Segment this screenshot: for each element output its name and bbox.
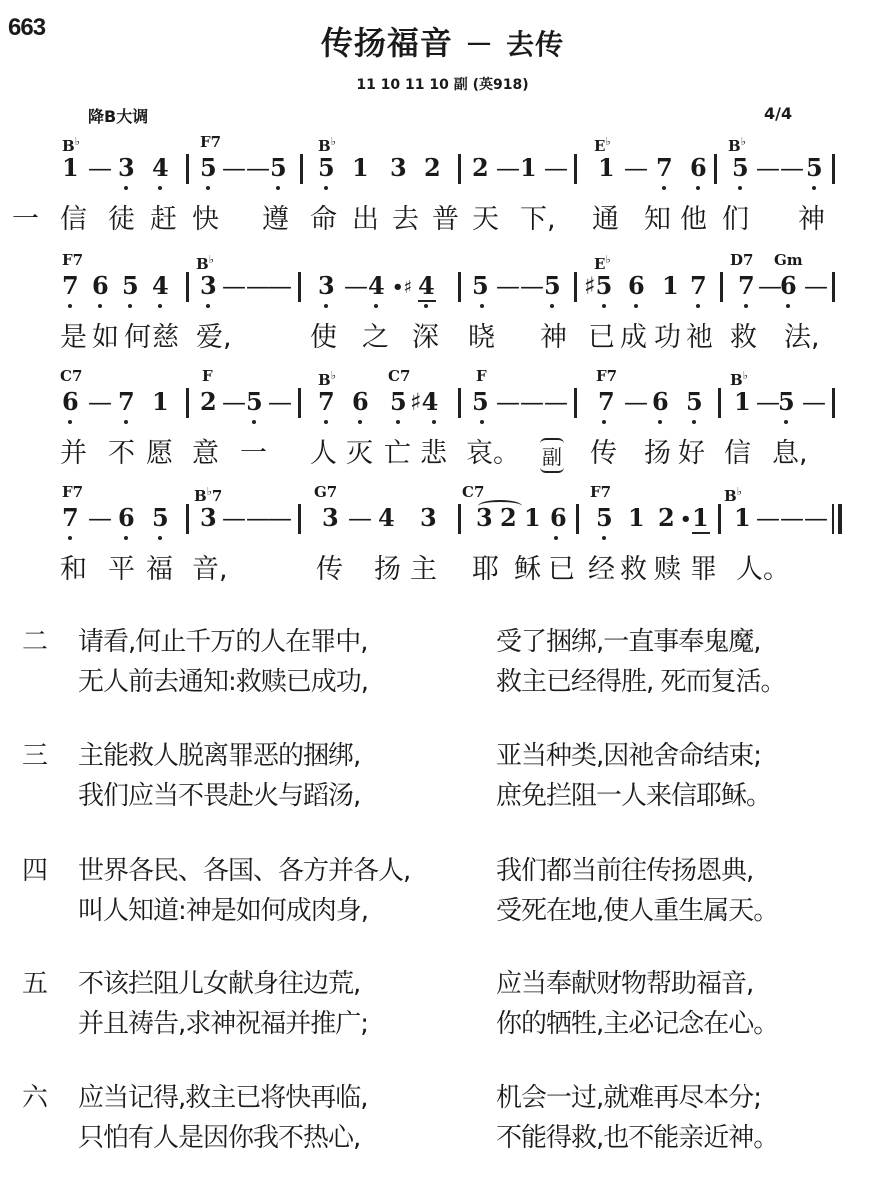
lyric-syllable: 他 bbox=[680, 204, 707, 236]
octave-dot bbox=[786, 304, 790, 308]
octave-dot bbox=[128, 304, 132, 308]
verse-line: 应当奉献财物帮助福音, bbox=[496, 968, 753, 1000]
octave-dot bbox=[784, 420, 788, 424]
lyric-syllable: 去 bbox=[392, 204, 419, 236]
score-system: C7FB♭C7FF7B♭6—712—5—765♯45———7—651—5—并不愿… bbox=[0, 368, 885, 483]
chord-symbol: C7 bbox=[462, 484, 484, 500]
chord-symbol: E♭ bbox=[594, 252, 611, 272]
chord-symbol: F bbox=[476, 368, 487, 384]
barline bbox=[298, 504, 301, 534]
note: — bbox=[520, 388, 544, 416]
lyric-syllable: 救 bbox=[730, 322, 757, 354]
chord-symbol: F7 bbox=[590, 484, 611, 500]
barline bbox=[574, 388, 577, 418]
barline bbox=[186, 388, 189, 418]
note: 3 bbox=[390, 154, 407, 182]
barline bbox=[720, 272, 723, 302]
lyric-syllable: 哀。 bbox=[466, 438, 520, 470]
chord-symbol: C7 bbox=[388, 368, 410, 384]
eighth-underline bbox=[692, 532, 710, 534]
note: 4 bbox=[418, 272, 435, 300]
lyric-syllable: 深 bbox=[412, 322, 439, 354]
note: — bbox=[496, 154, 520, 182]
note: — bbox=[758, 272, 782, 300]
verse-number: 四 bbox=[22, 855, 48, 887]
note: 5 bbox=[152, 504, 169, 532]
barline bbox=[298, 388, 301, 418]
title-subtitle: 去传 bbox=[506, 28, 564, 61]
lyric-syllable: 罪 bbox=[690, 554, 717, 586]
lyric-syllable: 经 bbox=[588, 554, 615, 586]
verse-line: 受了捆绑,一直事奉鬼魔, bbox=[496, 626, 761, 658]
barline bbox=[458, 388, 461, 418]
score-system: F7B♭7G7C7F7B♭7—653———3—433216512•11———和平… bbox=[0, 484, 885, 599]
barline bbox=[718, 504, 721, 534]
verse-line: 不该拦阻儿女献身往边荒, bbox=[78, 968, 360, 1000]
lyric-syllable: 稣 bbox=[514, 554, 541, 586]
octave-dot bbox=[206, 186, 210, 190]
lyric-syllable: 不 bbox=[108, 438, 135, 470]
barline bbox=[832, 154, 835, 184]
eighth-underline bbox=[418, 300, 436, 302]
barline bbox=[458, 504, 461, 534]
octave-dot bbox=[744, 304, 748, 308]
note: — bbox=[88, 504, 112, 532]
lyric-syllable: 赶 bbox=[150, 204, 177, 236]
lyric-syllable: 息, bbox=[772, 438, 808, 470]
note: 2 bbox=[200, 388, 217, 416]
note: 5 bbox=[318, 154, 335, 182]
lyric-syllable: 天 bbox=[472, 204, 499, 236]
note: — bbox=[246, 272, 270, 300]
barline bbox=[298, 272, 301, 302]
octave-dot bbox=[158, 186, 162, 190]
note: — bbox=[624, 388, 648, 416]
note: 5 bbox=[472, 272, 489, 300]
note: — bbox=[802, 388, 826, 416]
octave-dot bbox=[276, 186, 280, 190]
note: ♯5 bbox=[584, 272, 612, 300]
note: 1 bbox=[628, 504, 645, 532]
lyric-syllable: 主 bbox=[410, 554, 437, 586]
verse-line: 我们都当前往传扬恩典, bbox=[496, 855, 753, 887]
note: 6 bbox=[652, 388, 669, 416]
octave-dot bbox=[124, 420, 128, 424]
lyric-syllable: 信 bbox=[60, 204, 87, 236]
lyric-syllable: 扬 bbox=[374, 554, 401, 586]
verse-line: 世界各民、各国、各方并各人, bbox=[78, 855, 410, 887]
lyric-syllable: 如 bbox=[92, 322, 119, 354]
note: — bbox=[246, 504, 270, 532]
note: 1 bbox=[152, 388, 169, 416]
lyric-syllable: 传 bbox=[590, 438, 617, 470]
note: 5 bbox=[122, 272, 139, 300]
note: — bbox=[344, 272, 368, 300]
lyric-syllable: 音, bbox=[192, 554, 228, 586]
octave-dot bbox=[432, 420, 436, 424]
barline bbox=[832, 388, 835, 418]
note: — bbox=[756, 388, 780, 416]
lyric-syllable: 并 bbox=[60, 438, 87, 470]
chord-symbol: G7 bbox=[314, 484, 337, 500]
score-system: B♭F7B♭E♭B♭1—345——551322—1—1—765——5一信徒赶快遵… bbox=[0, 134, 885, 249]
lyric-syllable: 遵 bbox=[262, 204, 289, 236]
chord-symbol: B♭ bbox=[730, 368, 748, 388]
verse-line: 庶免拦阻一人来信耶稣。 bbox=[496, 780, 771, 812]
octave-dot bbox=[696, 186, 700, 190]
lyric-syllable: 法, bbox=[784, 322, 820, 354]
note: 5 bbox=[270, 154, 287, 182]
octave-dot bbox=[252, 420, 256, 424]
barline bbox=[300, 154, 303, 184]
octave-dot bbox=[554, 536, 558, 540]
octave-dot bbox=[480, 420, 484, 424]
chord-symbol: C7 bbox=[60, 368, 82, 384]
note: 7 bbox=[656, 154, 673, 182]
verse-line: 应当记得,救主已将快再临, bbox=[78, 1082, 368, 1114]
note: — bbox=[88, 388, 112, 416]
lyric-syllable: 慈 bbox=[152, 322, 179, 354]
verse-line: 不能得救,也不能亲近神。 bbox=[496, 1122, 778, 1154]
lyric-syllable: 人 bbox=[310, 438, 337, 470]
lyric-syllable: 亡 bbox=[384, 438, 411, 470]
note: 3 bbox=[200, 272, 217, 300]
note: 3 bbox=[420, 504, 437, 532]
lyric-syllable: 已 bbox=[588, 322, 615, 354]
note: 5 bbox=[686, 388, 703, 416]
barline bbox=[832, 272, 835, 302]
chord-symbol: F7 bbox=[62, 484, 83, 500]
note: 5 bbox=[596, 504, 613, 532]
final-barline-thin bbox=[832, 504, 834, 534]
note: •♯ bbox=[392, 274, 412, 302]
octave-dot bbox=[602, 304, 606, 308]
verse-line: 救主已经得胜, 死而复活。 bbox=[496, 666, 786, 698]
note: — bbox=[222, 154, 246, 182]
lyric-syllable: 好 bbox=[678, 438, 705, 470]
note: — bbox=[268, 272, 292, 300]
note: 7 bbox=[598, 388, 615, 416]
octave-dot bbox=[692, 420, 696, 424]
note: — bbox=[544, 154, 568, 182]
note: — bbox=[496, 272, 520, 300]
note: 1 bbox=[662, 272, 679, 300]
chord-symbol: B♭ bbox=[62, 134, 80, 154]
note: 1 bbox=[734, 388, 751, 416]
chord-symbol: B♭7 bbox=[194, 484, 222, 504]
lyric-syllable: 救 bbox=[620, 554, 647, 586]
note: 1 bbox=[62, 154, 79, 182]
note: 2 bbox=[424, 154, 441, 182]
lyric-syllable: 和 bbox=[60, 554, 87, 586]
note: — bbox=[348, 504, 372, 532]
refrain-marker: 副 bbox=[540, 438, 564, 473]
note: 5 bbox=[472, 388, 489, 416]
note: 4 bbox=[152, 272, 169, 300]
verse-line: 主能救人脱离罪恶的捆绑, bbox=[78, 740, 360, 772]
octave-dot bbox=[158, 536, 162, 540]
note: 3 bbox=[118, 154, 135, 182]
lyric-syllable: 是 bbox=[60, 322, 87, 354]
note: 5 bbox=[390, 388, 407, 416]
lyric-syllable: 平 bbox=[108, 554, 135, 586]
lyric-syllable: 传 bbox=[316, 554, 343, 586]
octave-dot bbox=[206, 304, 210, 308]
note: 5 bbox=[778, 388, 795, 416]
lyric-syllable: 福 bbox=[146, 554, 173, 586]
note: 5 bbox=[806, 154, 823, 182]
note: 5 bbox=[246, 388, 263, 416]
note: 7 bbox=[738, 272, 755, 300]
verse-line: 叫人知道:神是如何成肉身, bbox=[78, 895, 368, 927]
lyric-syllable: 通 bbox=[592, 204, 619, 236]
note: 5 bbox=[544, 272, 561, 300]
lyric-syllable: 意 bbox=[192, 438, 219, 470]
note: 1 bbox=[598, 154, 615, 182]
note: 3 bbox=[318, 272, 335, 300]
octave-dot bbox=[158, 304, 162, 308]
time-signature: 4/4 bbox=[764, 104, 792, 123]
lyric-syllable: 知 bbox=[644, 204, 671, 236]
lyric-syllable: 快 bbox=[192, 204, 219, 236]
chord-symbol: E♭ bbox=[594, 134, 611, 154]
verse-line: 受死在地,使人重生属天。 bbox=[496, 895, 778, 927]
note: 2 bbox=[472, 154, 489, 182]
verse-line: 请看,何止千万的人在罪中, bbox=[78, 626, 368, 658]
verse-number: 五 bbox=[22, 968, 48, 1000]
note: — bbox=[268, 504, 292, 532]
lyric-syllable: 爱, bbox=[196, 322, 232, 354]
meter-line: 11 10 11 10 副 (英918) bbox=[0, 74, 885, 94]
lyric-syllable: 命 bbox=[310, 204, 337, 236]
note: — bbox=[222, 272, 246, 300]
lyric-syllable: 使 bbox=[310, 322, 337, 354]
octave-dot bbox=[98, 304, 102, 308]
note: 6 bbox=[550, 504, 567, 532]
chord-symbol: F7 bbox=[596, 368, 617, 384]
note: 7 bbox=[62, 504, 79, 532]
lyric-syllable: 何 bbox=[124, 322, 151, 354]
chord-symbol: D7 bbox=[730, 252, 753, 268]
lyric-syllable: 神 bbox=[540, 322, 567, 354]
octave-dot bbox=[324, 186, 328, 190]
verse-number: 三 bbox=[22, 740, 48, 772]
note: — bbox=[88, 154, 112, 182]
lyric-syllable: 成 bbox=[620, 322, 647, 354]
octave-dot bbox=[124, 186, 128, 190]
barline bbox=[574, 154, 577, 184]
note: 6 bbox=[352, 388, 369, 416]
verse-line: 机会一过,就难再尽本分; bbox=[496, 1082, 761, 1114]
note: — bbox=[756, 154, 780, 182]
key-signature: 降B大调 bbox=[88, 104, 148, 127]
final-barline-thick bbox=[838, 504, 842, 534]
verse-line: 只怕有人是因你我不热心, bbox=[78, 1122, 360, 1154]
octave-dot bbox=[68, 420, 72, 424]
lyric-syllable: 之 bbox=[362, 322, 389, 354]
lyric-syllable: 晓 bbox=[468, 322, 495, 354]
note: 6 bbox=[118, 504, 135, 532]
note: 1 bbox=[520, 154, 537, 182]
chord-symbol: B♭ bbox=[318, 368, 336, 388]
note: 4 bbox=[378, 504, 395, 532]
lyric-syllable: 普 bbox=[432, 204, 459, 236]
chord-symbol: F bbox=[202, 368, 213, 384]
note: — bbox=[756, 504, 780, 532]
barline bbox=[718, 388, 721, 418]
note: — bbox=[804, 272, 828, 300]
note: 2 bbox=[658, 504, 675, 532]
note: — bbox=[496, 388, 520, 416]
octave-dot bbox=[324, 420, 328, 424]
note: 6 bbox=[92, 272, 109, 300]
score-system: F7B♭E♭D7Gm76543———3—4•♯45——5♯56177—6—是如何… bbox=[0, 252, 885, 367]
verse-line: 亚当种类,因祂舍命结束; bbox=[496, 740, 761, 772]
octave-dot bbox=[696, 304, 700, 308]
octave-dot bbox=[374, 304, 378, 308]
tie-arc bbox=[478, 500, 522, 512]
note: 6 bbox=[780, 272, 797, 300]
title-dash: － bbox=[465, 28, 494, 61]
lyric-syllable: 功 bbox=[654, 322, 681, 354]
lyric-syllable: 祂 bbox=[686, 322, 713, 354]
chord-symbol: Gm bbox=[774, 252, 803, 268]
note: 7 bbox=[318, 388, 335, 416]
note: 1 bbox=[352, 154, 369, 182]
note: 6 bbox=[62, 388, 79, 416]
barline bbox=[458, 272, 461, 302]
octave-dot bbox=[658, 420, 662, 424]
octave-dot bbox=[812, 186, 816, 190]
octave-dot bbox=[396, 420, 400, 424]
note: — bbox=[624, 154, 648, 182]
octave-dot bbox=[602, 420, 606, 424]
chord-symbol: F7 bbox=[200, 134, 221, 150]
octave-dot bbox=[124, 536, 128, 540]
note: 7 bbox=[62, 272, 79, 300]
note: 7 bbox=[690, 272, 707, 300]
lyric-syllable: 扬 bbox=[644, 438, 671, 470]
note: 3 bbox=[322, 504, 339, 532]
lyric-syllable: 耶 bbox=[472, 554, 499, 586]
note: — bbox=[268, 388, 292, 416]
lyric-syllable: 神 bbox=[798, 204, 825, 236]
lyric-syllable: 们 bbox=[722, 204, 749, 236]
lyric-syllable: 徒 bbox=[108, 204, 135, 236]
barline bbox=[186, 154, 189, 184]
octave-dot bbox=[424, 304, 428, 308]
note: — bbox=[780, 154, 804, 182]
octave-dot bbox=[602, 536, 606, 540]
note: 7 bbox=[118, 388, 135, 416]
barline bbox=[458, 154, 461, 184]
note: 1 bbox=[692, 504, 709, 532]
note: 5 bbox=[200, 154, 217, 182]
note: 3 bbox=[200, 504, 217, 532]
note: — bbox=[804, 504, 828, 532]
chord-symbol: B♭ bbox=[318, 134, 336, 154]
note: 1 bbox=[524, 504, 541, 532]
barline bbox=[714, 154, 717, 184]
note: — bbox=[780, 504, 804, 532]
barline bbox=[186, 272, 189, 302]
lyric-syllable: 愿 bbox=[146, 438, 173, 470]
note: • bbox=[680, 506, 692, 534]
barline bbox=[576, 504, 579, 534]
verse-line: 无人前去通知:救赎已成功, bbox=[78, 666, 368, 698]
note: — bbox=[544, 388, 568, 416]
title-main: 传扬福音 bbox=[321, 24, 453, 62]
octave-dot bbox=[324, 304, 328, 308]
note: 4 bbox=[152, 154, 169, 182]
lyric-syllable: 已 bbox=[548, 554, 575, 586]
note: — bbox=[222, 504, 246, 532]
page-title: 传扬福音 － 去传 bbox=[0, 18, 885, 64]
barline bbox=[574, 272, 577, 302]
octave-dot bbox=[68, 304, 72, 308]
lyric-syllable: 灭 bbox=[346, 438, 373, 470]
verse-line: 你的牺牲,主必记念在心。 bbox=[496, 1008, 778, 1040]
lyric-syllable: 悲 bbox=[420, 438, 447, 470]
lyric-syllable: 信 bbox=[724, 438, 751, 470]
chord-symbol: F7 bbox=[62, 252, 83, 268]
octave-dot bbox=[358, 420, 362, 424]
note: — bbox=[246, 154, 270, 182]
chord-symbol: B♭ bbox=[724, 484, 742, 504]
lyric-syllable: 出 bbox=[352, 204, 379, 236]
octave-dot bbox=[634, 304, 638, 308]
note: — bbox=[520, 272, 544, 300]
octave-dot bbox=[68, 536, 72, 540]
note: 6 bbox=[690, 154, 707, 182]
note: 1 bbox=[734, 504, 751, 532]
barline bbox=[186, 504, 189, 534]
chord-symbol: B♭ bbox=[196, 252, 214, 272]
lyric-syllable: 赎 bbox=[654, 554, 681, 586]
lyric-syllable: 一 bbox=[12, 204, 39, 236]
verse-number: 六 bbox=[22, 1082, 48, 1114]
octave-dot bbox=[480, 304, 484, 308]
lyric-syllable: 人。 bbox=[736, 554, 790, 586]
verse-line: 我们应当不畏赴火与蹈汤, bbox=[78, 780, 360, 812]
verse-line: 并且祷告,求神祝福并推广; bbox=[78, 1008, 368, 1040]
octave-dot bbox=[550, 304, 554, 308]
note: 5 bbox=[732, 154, 749, 182]
chord-symbol: B♭ bbox=[728, 134, 746, 154]
lyric-syllable: 一 bbox=[240, 438, 267, 470]
octave-dot bbox=[738, 186, 742, 190]
note: 6 bbox=[628, 272, 645, 300]
note: — bbox=[222, 388, 246, 416]
lyric-syllable: 下, bbox=[520, 204, 556, 236]
note: 4 bbox=[368, 272, 385, 300]
verse-number: 二 bbox=[22, 626, 48, 658]
octave-dot bbox=[662, 186, 666, 190]
note: ♯4 bbox=[410, 388, 438, 416]
